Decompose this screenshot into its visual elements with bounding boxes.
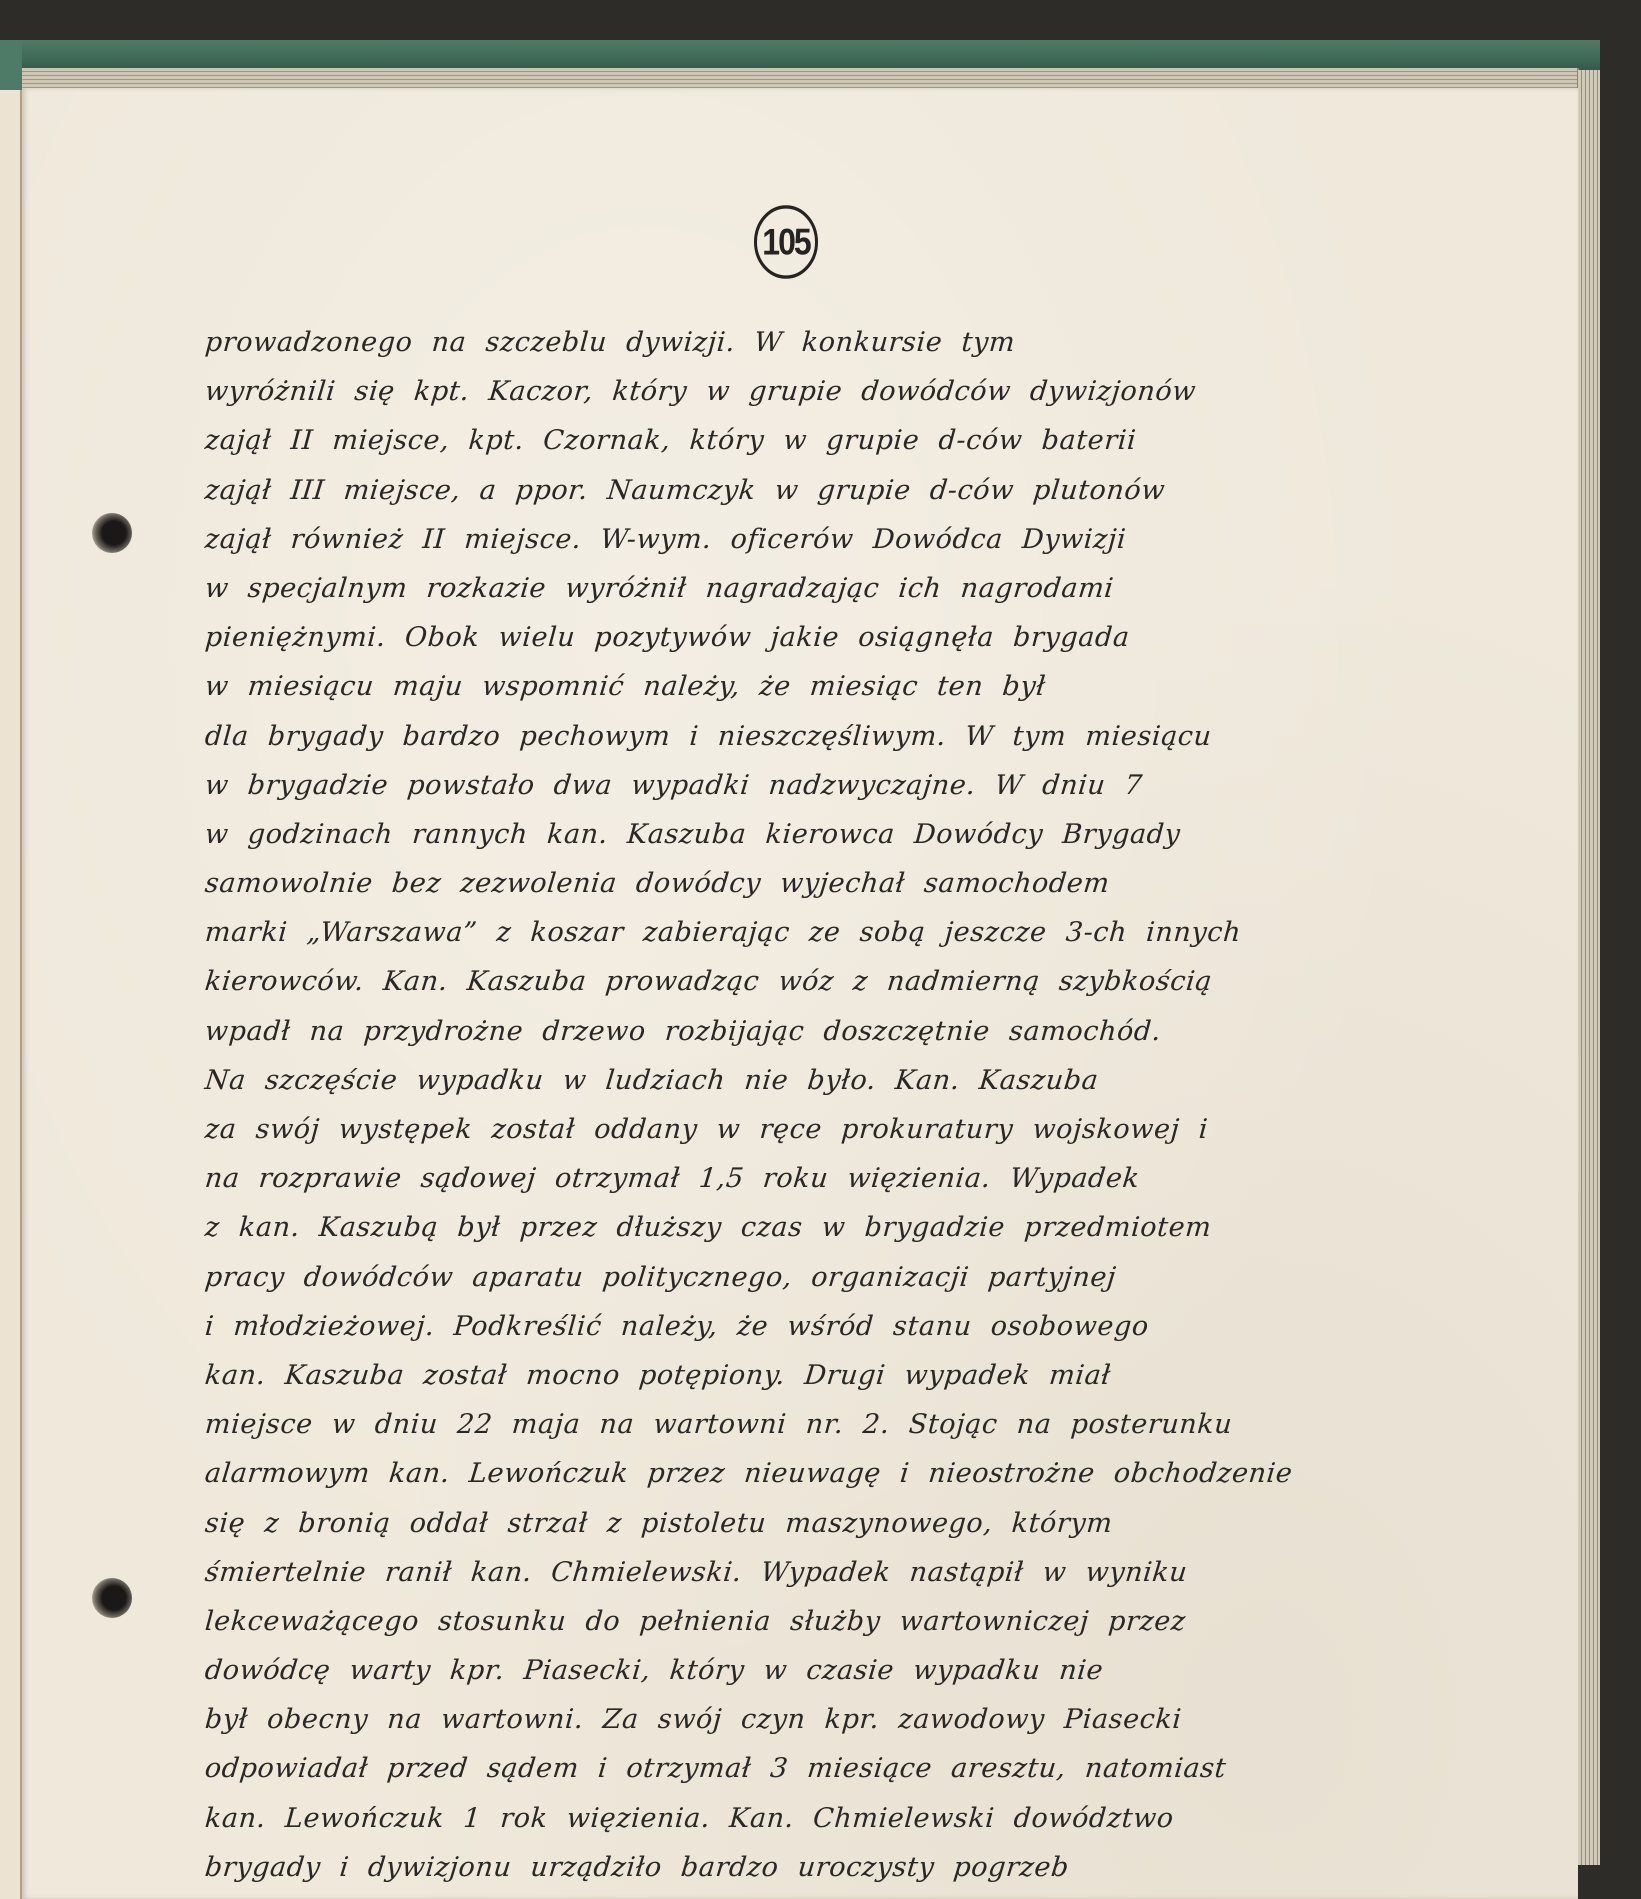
text-line: pracy dowódców aparatu politycznego, org… [202, 1253, 1447, 1302]
text-line: z kan. Kaszubą był przez dłuższy czas w … [203, 1203, 1446, 1252]
book-cover-top-edge [0, 40, 1600, 70]
text-line: wyróżnili się kpt. Kaczor, który w grupi… [202, 367, 1447, 416]
text-line: kierowców. Kan. Kaszuba prowadząc wóz z … [202, 957, 1447, 1006]
text-line: kan. Lewończuk 1 rok więzienia. Kan. Chm… [203, 1794, 1446, 1843]
punch-hole-top [92, 513, 132, 553]
text-line: odpowiadał przed sądem i otrzymał 3 mies… [202, 1744, 1447, 1793]
text-line: śmiertelnie ranił kan. Chmielewski. Wypa… [202, 1548, 1447, 1597]
page-stack-right-edge [1578, 70, 1600, 1865]
text-line: zajął II miejsce, kpt. Czornak, który w … [203, 416, 1446, 465]
text-line: miejsce w dniu 22 maja na wartowni nr. 2… [203, 1400, 1446, 1449]
text-line: pieniężnymi. Obok wielu pozytywów jakie … [203, 613, 1446, 662]
text-line: brygady i dywizjonu urządziło bardzo uro… [202, 1843, 1447, 1892]
text-line: prowadzonego na szczeblu dywizji. W konk… [203, 318, 1446, 367]
text-line: był obecny na wartowni. Za swój czyn kpr… [203, 1695, 1446, 1744]
page-stack-top-edge [22, 68, 1579, 90]
scan-background: 105 prowadzonego na szczeblu dywizji. W … [0, 0, 1641, 1899]
text-line: kan. Kaszuba został mocno potępiony. Dru… [202, 1351, 1447, 1400]
punch-hole-bottom [92, 1578, 132, 1618]
text-line: w brygadzie powstało dwa wypadki nadzwyc… [202, 761, 1447, 810]
text-line: lekceważącego stosunku do pełnienia służ… [203, 1597, 1446, 1646]
text-line: dla brygady bardzo pechowym i nieszczęśl… [203, 712, 1446, 761]
text-line: zajął III miejsce, a ppor. Naumczyk w gr… [202, 466, 1447, 515]
previous-page-edge [0, 90, 22, 1899]
text-line: alarmowym kan. Lewończuk przez nieuwagę … [202, 1449, 1447, 1498]
text-line: i młodzieżowej. Podkreślić należy, że wś… [203, 1302, 1446, 1351]
handwritten-text-body: prowadzonego na szczeblu dywizji. W konk… [205, 318, 1445, 1892]
text-line: w specjalnym rozkazie wyróżnił nagradzaj… [202, 564, 1447, 613]
text-line: na rozprawie sądowej otrzymał 1,5 roku w… [202, 1154, 1447, 1203]
text-line: Na szczęście wypadku w ludziach nie było… [202, 1056, 1447, 1105]
page-number-circle: 105 [754, 205, 818, 279]
text-line: się z bronią oddał strzał z pistoletu ma… [203, 1499, 1446, 1548]
text-line: za swój występek został oddany w ręce pr… [203, 1105, 1446, 1154]
text-line: zajął również II miejsce. W-wym. oficeró… [203, 515, 1446, 564]
text-line: samowolnie bez zezwolenia dowódcy wyjech… [202, 859, 1447, 908]
text-line: w godzinach rannych kan. Kaszuba kierowc… [203, 810, 1446, 859]
text-line: wpadł na przydrożne drzewo rozbijając do… [203, 1007, 1446, 1056]
text-line: w miesiącu maju wspomnić należy, że mies… [202, 662, 1447, 711]
text-line: dowódcę warty kpr. Piasecki, który w cza… [202, 1646, 1447, 1695]
text-line: marki „Warszawa” z koszar zabierając ze … [203, 908, 1446, 957]
